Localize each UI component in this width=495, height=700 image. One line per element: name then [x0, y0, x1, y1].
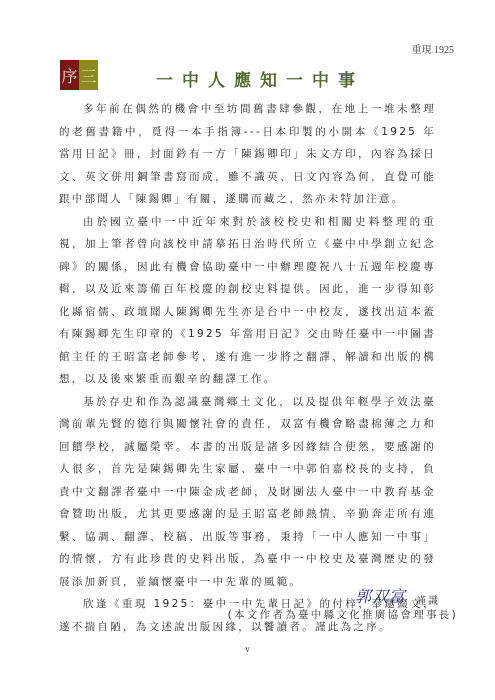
page-number: v [0, 644, 495, 654]
preface-badge: 序 三 [60, 60, 98, 90]
handwritten-signature: 郭双富 [355, 584, 406, 607]
paragraph: 多年前在偶然的機會中至坊間舊書肆參觀，在地上一堆未整理的老舊書籍中，覓得一本手指… [59, 98, 436, 211]
author-note: (本文作者為臺中縣文化推廣協會理事長) [228, 607, 458, 622]
paragraph: 基於存史和作為認識臺灣鄉土文化，以及提供年輕學子效法臺灣前輩先賢的德行與關懷社會… [59, 391, 436, 594]
body-text: 多年前在偶然的機會中至坊間舊書肆參觀，在地上一堆未整理的老舊書籍中，覓得一本手指… [59, 98, 436, 638]
signature-respect: 謹識 [416, 592, 440, 607]
badge-char-number: 三 [79, 60, 98, 90]
page-title: 一中人應知一中事 [150, 66, 370, 91]
paragraph: 由於國立臺中一中近年來對於該校校史和相關史料整理的重視，加上筆者曾向該校申請摹拓… [59, 211, 436, 391]
running-header: 重現 1925 [412, 41, 455, 56]
badge-char-preface: 序 [60, 60, 79, 90]
signature-block: 郭双富 謹識 [355, 584, 440, 607]
